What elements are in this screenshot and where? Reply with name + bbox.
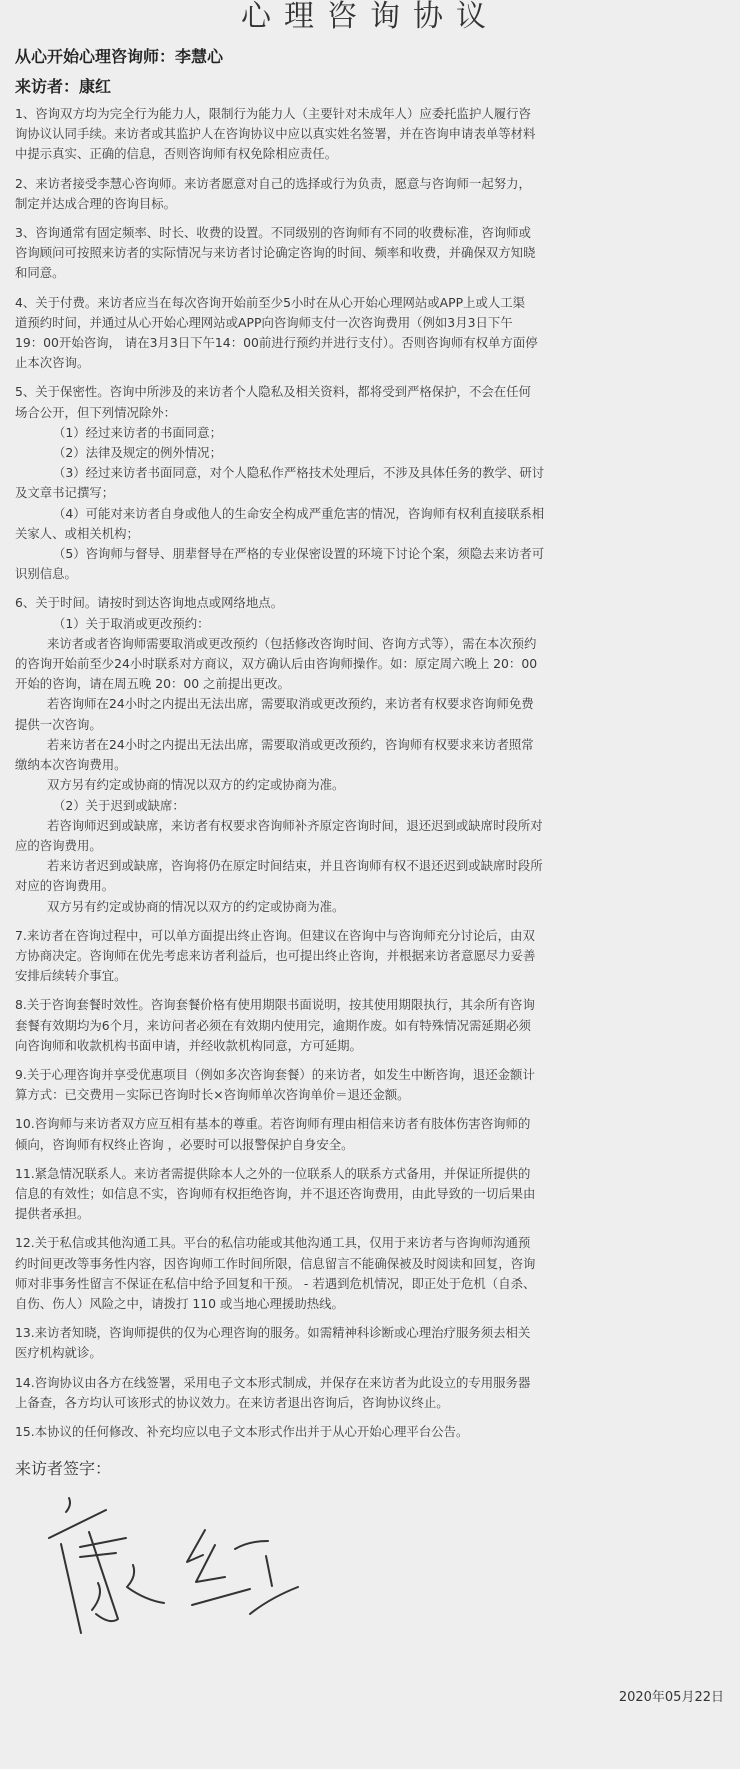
clause-5: 5、关于保密性。咨询中所涉及的来访者个人隐私及相关资料，都将受到严格保护，不会在… [15, 382, 727, 584]
counselor-name: 李慧心 [175, 47, 223, 66]
clause-line: 止本次咨询。 [15, 353, 727, 373]
clause-line: 和同意。 [15, 263, 727, 283]
clause-line: 4、关于付费。来访者应当在每次咨询开始前至少5小时在从心开始心理网站或APP上或… [15, 293, 727, 313]
clause-3: 3、咨询通常有固定频率、时长、收费的设置。不同级别的咨询师有不同的收费标准，咨询… [15, 223, 727, 284]
sub-item-line: （4）可能对来访者自身或他人的生命安全构成严重危害的情况，咨询师有权利直接联系相 [15, 504, 727, 524]
sub-item-line: （3）经过来访者书面同意，对个人隐私作严格技术处理后，不涉及具体任务的教学、研讨 [15, 463, 727, 483]
clause-line: 咨询顾问可按照来访者的实际情况与来访者讨论确定咨询的时间、频率和收费，并确保双方… [15, 243, 727, 263]
clause-line: 上备查，各方均认可该形式的协议效力。在来访者退出咨询后，咨询协议终止。 [15, 1393, 727, 1413]
section-line: 来访者或者咨询师需要取消或更改预约（包括修改咨询时间、咨询方式等），需在本次预约 [15, 634, 727, 654]
clause-14: 14.咨询协议由各方在线签署，采用电子文本形式制成，并保存在来访者为此设立的专用… [15, 1373, 727, 1413]
clause-line: 中提示真实、正确的信息，否则咨询师有权免除相应责任。 [15, 144, 727, 164]
clause-line: 10.咨询师与来访者双方应互相有基本的尊重。若咨询师有理由相信来访者有肢体伤害咨… [15, 1114, 727, 1134]
section-line: 开始的咨询，请在周五晚 20：00 之前提出更改。 [15, 674, 727, 694]
clause-7: 7.来访者在咨询过程中，可以单方面提出终止咨询。但建议在咨询中与咨询师充分讨论后… [15, 926, 727, 987]
clause-line: 约时间更改等事务性内容，因咨询师工作时间所限，信息留言不能确保被及时阅读和回复，… [15, 1254, 727, 1274]
sub-item-line: 识别信息。 [15, 564, 727, 584]
clause-line: 道预约时间，并通过从心开始心理网站或APP向咨询师支付一次咨询费用（例如3月3日… [15, 313, 727, 333]
clause-line: 医疗机构就诊。 [15, 1343, 727, 1363]
clause-line: 倾向，咨询师有权终止咨询 ，必要时可以报警保护自身安全。 [15, 1135, 727, 1155]
section-line: 应的咨询费用。 [15, 836, 727, 856]
clause-line: 6、关于时间。请按时到达咨询地点或网络地点。 [15, 593, 727, 613]
clause-line: 5、关于保密性。咨询中所涉及的来访者个人隐私及相关资料，都将受到严格保护，不会在… [15, 382, 727, 402]
clause-1: 1、咨询双方均为完全行为能力人，限制行为能力人（主要针对未成年人）应委托监护人履… [15, 104, 727, 165]
clause-10: 10.咨询师与来访者双方应互相有基本的尊重。若咨询师有理由相信来访者有肢体伤害咨… [15, 1114, 727, 1154]
counselor-line: 从心开始心理咨询师：李慧心 [15, 47, 223, 67]
client-line: 来访者：康红 [15, 77, 111, 97]
clause-line: 安排后续转介事宜。 [15, 966, 727, 986]
clause-15: 15.本协议的任何修改、补充均应以电子文本形式作出并于从心开始心理平台公告。 [15, 1422, 727, 1442]
clause-line: 方协商决定。咨询师在优先考虑来访者利益后，也可提出终止咨询，并根据来访者意愿尽力… [15, 946, 727, 966]
clause-2: 2、来访者接受李慧心咨询师。来访者愿意对自己的选择或行为负责，愿意与咨询师一起努… [15, 174, 727, 214]
counselor-label: 从心开始心理咨询师： [15, 47, 175, 66]
clause-12: 12.关于私信或其他沟通工具。平台的私信功能或其他沟通工具，仅用于来访者与咨询师… [15, 1233, 727, 1314]
clause-line: 提供者承担。 [15, 1204, 727, 1224]
clause-13: 13.来访者知晓，咨询师提供的仅为心理咨询的服务。如需精神科诊断或心理治疗服务须… [15, 1323, 727, 1363]
sub-item-line: （2）法律及规定的例外情况； [15, 443, 727, 463]
clause-line: 19：00开始咨询， 请在3月3日下午14：00前进行预约并进行支付）。否则咨询… [15, 333, 727, 353]
agreement-body: 1、咨询双方均为完全行为能力人，限制行为能力人（主要针对未成年人）应委托监护人履… [15, 104, 727, 1451]
signature-date: 2020年05月22日 [619, 1686, 724, 1705]
clause-line: 15.本协议的任何修改、补充均应以电子文本形式作出并于从心开始心理平台公告。 [15, 1422, 727, 1442]
clause-line: 11.紧急情况联系人。来访者需提供除本人之外的一位联系人的联系方式备用，并保证所… [15, 1164, 727, 1184]
clause-9: 9.关于心理咨询并享受优惠项目（例如多次咨询套餐）的来访者，如发生中断咨询，退还… [15, 1065, 727, 1105]
sub-item-line: （5）咨询师与督导、朋辈督导在严格的专业保密设置的环境下讨论个案，须隐去来访者可 [15, 544, 727, 564]
clause-line: 自伤、伤人）风险之中，请拨打 110 或当地心理援助热线。 [15, 1294, 727, 1314]
section-line: 对应的咨询费用。 [15, 876, 727, 896]
section-line: 若来访者在24小时之内提出无法出席，需要取消或更改预约，咨询师有权要求来访者照常 [15, 735, 727, 755]
clause-line: 算方式：已交费用－实际已咨询时长×咨询师单次咨询单价＝退还金额。 [15, 1085, 727, 1105]
section-line: 若咨询师迟到或缺席，来访者有权要求咨询师补齐原定咨询时间，退还迟到或缺席时段所对 [15, 816, 727, 836]
sub-item-line: 及文章书记撰写； [15, 483, 727, 503]
clause-line: 13.来访者知晓，咨询师提供的仅为心理咨询的服务。如需精神科诊断或心理治疗服务须… [15, 1323, 727, 1343]
clause-line: 7.来访者在咨询过程中，可以单方面提出终止咨询。但建议在咨询中与咨询师充分讨论后… [15, 926, 727, 946]
clause-line: 师对非事务性留言不保证在私信中给予回复和干预。 - 若遇到危机情况，即正处于危机… [15, 1274, 727, 1294]
section-line: 提供一次咨询。 [15, 715, 727, 735]
clause-line: 向咨询师和收款机构书面申请，并经收款机构同意，方可延期。 [15, 1036, 727, 1056]
clause-line: 场合公开，但下列情况除外： [15, 403, 727, 423]
clause-line: 信息的有效性；如信息不实，咨询师有权拒绝咨询，并不退还咨询费用，由此导致的一切后… [15, 1184, 727, 1204]
client-name: 康红 [79, 77, 111, 96]
clause-6: 6、关于时间。请按时到达咨询地点或网络地点。（1）关于取消或更改预约：来访者或者… [15, 593, 727, 916]
clause-line: 制定并达成合理的咨询目标。 [15, 194, 727, 214]
document-title: 心理咨询协议 [0, 0, 740, 34]
sub-item-line: （1）经过来访者的书面同意； [15, 423, 727, 443]
clause-8: 8.关于咨询套餐时效性。咨询套餐价格有使用期限书面说明，按其使用期限执行，其余所… [15, 995, 727, 1056]
section-line: 双方另有约定或协商的情况以双方的约定或协商为准。 [15, 897, 727, 917]
section-line: 若咨询师在24小时之内提出无法出席，需要取消或更改预约，来访者有权要求咨询师免费 [15, 694, 727, 714]
section-line: 的咨询开始前至少24小时联系对方商议，双方确认后由咨询师操作。如：原定周六晚上 … [15, 654, 727, 674]
clause-line: 8.关于咨询套餐时效性。咨询套餐价格有使用期限书面说明，按其使用期限执行，其余所… [15, 995, 727, 1015]
clause-line: 14.咨询协议由各方在线签署，采用电子文本形式制成，并保存在来访者为此设立的专用… [15, 1373, 727, 1393]
handwritten-signature [0, 1450, 740, 1650]
clause-11: 11.紧急情况联系人。来访者需提供除本人之外的一位联系人的联系方式备用，并保证所… [15, 1164, 727, 1225]
section-line: 缴纳本次咨询费用。 [15, 755, 727, 775]
client-label: 来访者： [15, 77, 79, 96]
clause-line: 2、来访者接受李慧心咨询师。来访者愿意对自己的选择或行为负责，愿意与咨询师一起努… [15, 174, 727, 194]
section-line: 若来访者迟到或缺席，咨询将仍在原定时间结束，并且咨询师有权不退还迟到或缺席时段所 [15, 856, 727, 876]
section-heading: （1）关于取消或更改预约： [15, 614, 727, 634]
clause-line: 12.关于私信或其他沟通工具。平台的私信功能或其他沟通工具，仅用于来访者与咨询师… [15, 1233, 727, 1253]
section-heading: （2）关于迟到或缺席： [15, 796, 727, 816]
clause-line: 9.关于心理咨询并享受优惠项目（例如多次咨询套餐）的来访者，如发生中断咨询，退还… [15, 1065, 727, 1085]
sub-item-line: 关家人、或相关机构； [15, 524, 727, 544]
clause-line: 套餐有效期均为6个月，来访问者必须在有效期内使用完，逾期作废。如有特殊情况需延期… [15, 1016, 727, 1036]
clause-4: 4、关于付费。来访者应当在每次咨询开始前至少5小时在从心开始心理网站或APP上或… [15, 293, 727, 374]
clause-line: 3、咨询通常有固定频率、时长、收费的设置。不同级别的咨询师有不同的收费标准，咨询… [15, 223, 727, 243]
clause-line: 1、咨询双方均为完全行为能力人，限制行为能力人（主要针对未成年人）应委托监护人履… [15, 104, 727, 124]
clause-line: 询协议认同手续。来访者或其监护人在咨询协议中应以真实姓名签署，并在咨询申请表单等… [15, 124, 727, 144]
section-line: 双方另有约定或协商的情况以双方的约定或协商为准。 [15, 775, 727, 795]
